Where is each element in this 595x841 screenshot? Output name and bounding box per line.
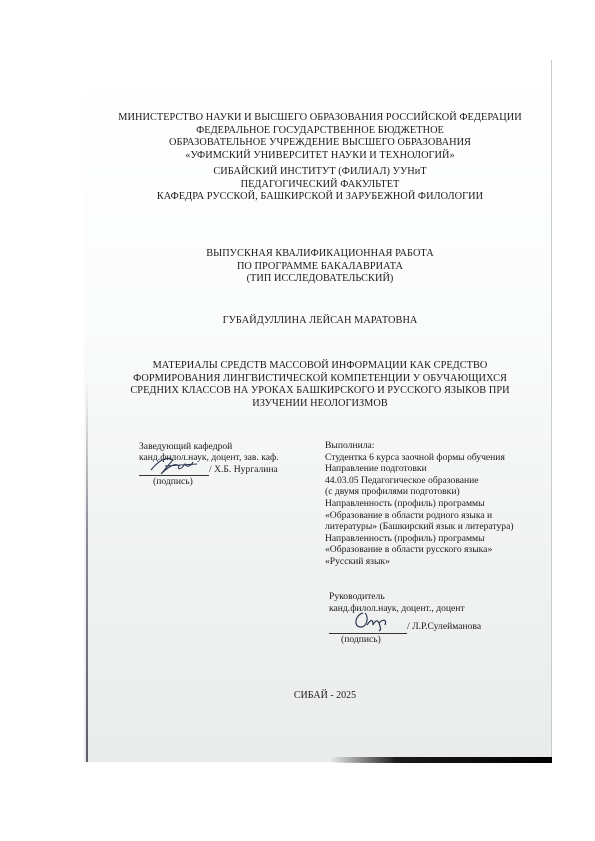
performer-line: «Русский язык» (325, 556, 514, 568)
institute-block: СИБАЙСКИЙ ИНСТИТУТ (ФИЛИАЛ) УУНиТ ПЕДАГО… (100, 166, 540, 204)
paper-bottom-shadow (330, 757, 552, 763)
performer-line: Направление подготовки (325, 463, 514, 475)
head-signature-row: / Х.Б. Нургалина (139, 464, 279, 476)
header-line: МИНИСТЕРСТВО НАУКИ И ВЫСШЕГО ОБРАЗОВАНИЯ… (100, 112, 540, 125)
performer-line: Направленность (профиль) программы (325, 533, 514, 545)
author-name-text: ГУБАЙДУЛЛИНА ЛЕЙСАН МАРАТОВНА (100, 315, 540, 328)
supervisor-signature-caption: (подпись) (329, 634, 481, 646)
performer-line: литературы» (Башкирский язык и литератур… (325, 521, 514, 533)
performer-line: Направленность (профиль) программы (325, 498, 514, 510)
performer-line: «Образование в области русского языка» (325, 544, 514, 556)
ministry-header: МИНИСТЕРСТВО НАУКИ И ВЫСШЕГО ОБРАЗОВАНИЯ… (100, 112, 540, 162)
title-line: ИЗУЧЕНИИ НЕОЛОГИЗМОВ (100, 398, 540, 411)
paper-edge-shadow (86, 380, 88, 762)
work-type-block: ВЫПУСКНАЯ КВАЛИФИКАЦИОННАЯ РАБОТА ПО ПРО… (100, 248, 540, 286)
performer-heading: Выполнила: (325, 440, 514, 452)
head-name: / Х.Б. Нургалина (209, 464, 278, 475)
header-line: ФЕДЕРАЛЬНОЕ ГОСУДАРСТВЕННОЕ БЮДЖЕТНОЕ (100, 125, 540, 138)
institute-line: ПЕДАГОГИЧЕСКИЙ ФАКУЛЬТЕТ (100, 179, 540, 192)
work-type-line: ПО ПРОГРАММЕ БАКАЛАВРИАТА (100, 261, 540, 274)
city-year: СИБАЙ - 2025 (250, 690, 400, 701)
head-of-department-block: Заведующий кафедрой канд.филол.наук, доц… (139, 441, 279, 488)
title-line: МАТЕРИАЛЫ СРЕДСТВ МАССОВОЙ ИНФОРМАЦИИ КА… (100, 360, 540, 373)
title-line: ФОРМИРОВАНИЯ ЛИНГВИСТИЧЕСКОЙ КОМПЕТЕНЦИИ… (100, 373, 540, 386)
work-type-line: (ТИП ИССЛЕДОВАТЕЛЬСКИЙ) (100, 273, 540, 286)
thesis-title: МАТЕРИАЛЫ СРЕДСТВ МАССОВОЙ ИНФОРМАЦИИ КА… (100, 360, 540, 410)
supervisor-role: Руководитель (329, 591, 481, 603)
performer-line: «Образование в области родного языка и (325, 510, 514, 522)
institute-line: СИБАЙСКИЙ ИНСТИТУТ (ФИЛИАЛ) УУНиТ (100, 166, 540, 179)
performer-block: Выполнила: Студентка 6 курса заочной фор… (325, 440, 514, 568)
author-name: ГУБАЙДУЛЛИНА ЛЕЙСАН МАРАТОВНА (100, 315, 540, 328)
institute-line: КАФЕДРА РУССКОЙ, БАШКИРСКОЙ И ЗАРУБЕЖНОЙ… (100, 191, 540, 204)
header-line: «УФИМСКИЙ УНИВЕРСИТЕТ НАУКИ И ТЕХНОЛОГИЙ… (100, 150, 540, 163)
supervisor-name: / Л.Р.Сулейманова (407, 621, 481, 632)
supervisor-signature-row: / Л.Р.Сулейманова (329, 621, 481, 634)
head-signature-caption: (подпись) (139, 476, 279, 487)
performer-line: (с двумя профилями подготовки) (325, 486, 514, 498)
work-type-line: ВЫПУСКНАЯ КВАЛИФИКАЦИОННАЯ РАБОТА (100, 248, 540, 261)
performer-line: 44.03.05 Педагогическое образование (325, 475, 514, 487)
paper-right-edge (551, 60, 552, 760)
title-line: СРЕДНИХ КЛАССОВ НА УРОКАХ БАШКИРСКОГО И … (100, 385, 540, 398)
performer-line: Студентка 6 курса заочной формы обучения (325, 452, 514, 464)
header-line: ОБРАЗОВАТЕЛЬНОЕ УЧРЕЖДЕНИЕ ВЫСШЕГО ОБРАЗ… (100, 137, 540, 150)
head-role: Заведующий кафедрой (139, 441, 279, 452)
signature-icon (349, 607, 397, 633)
supervisor-block: Руководитель канд.филол.наук, доцент., д… (329, 591, 481, 645)
signature-icon (147, 454, 205, 478)
